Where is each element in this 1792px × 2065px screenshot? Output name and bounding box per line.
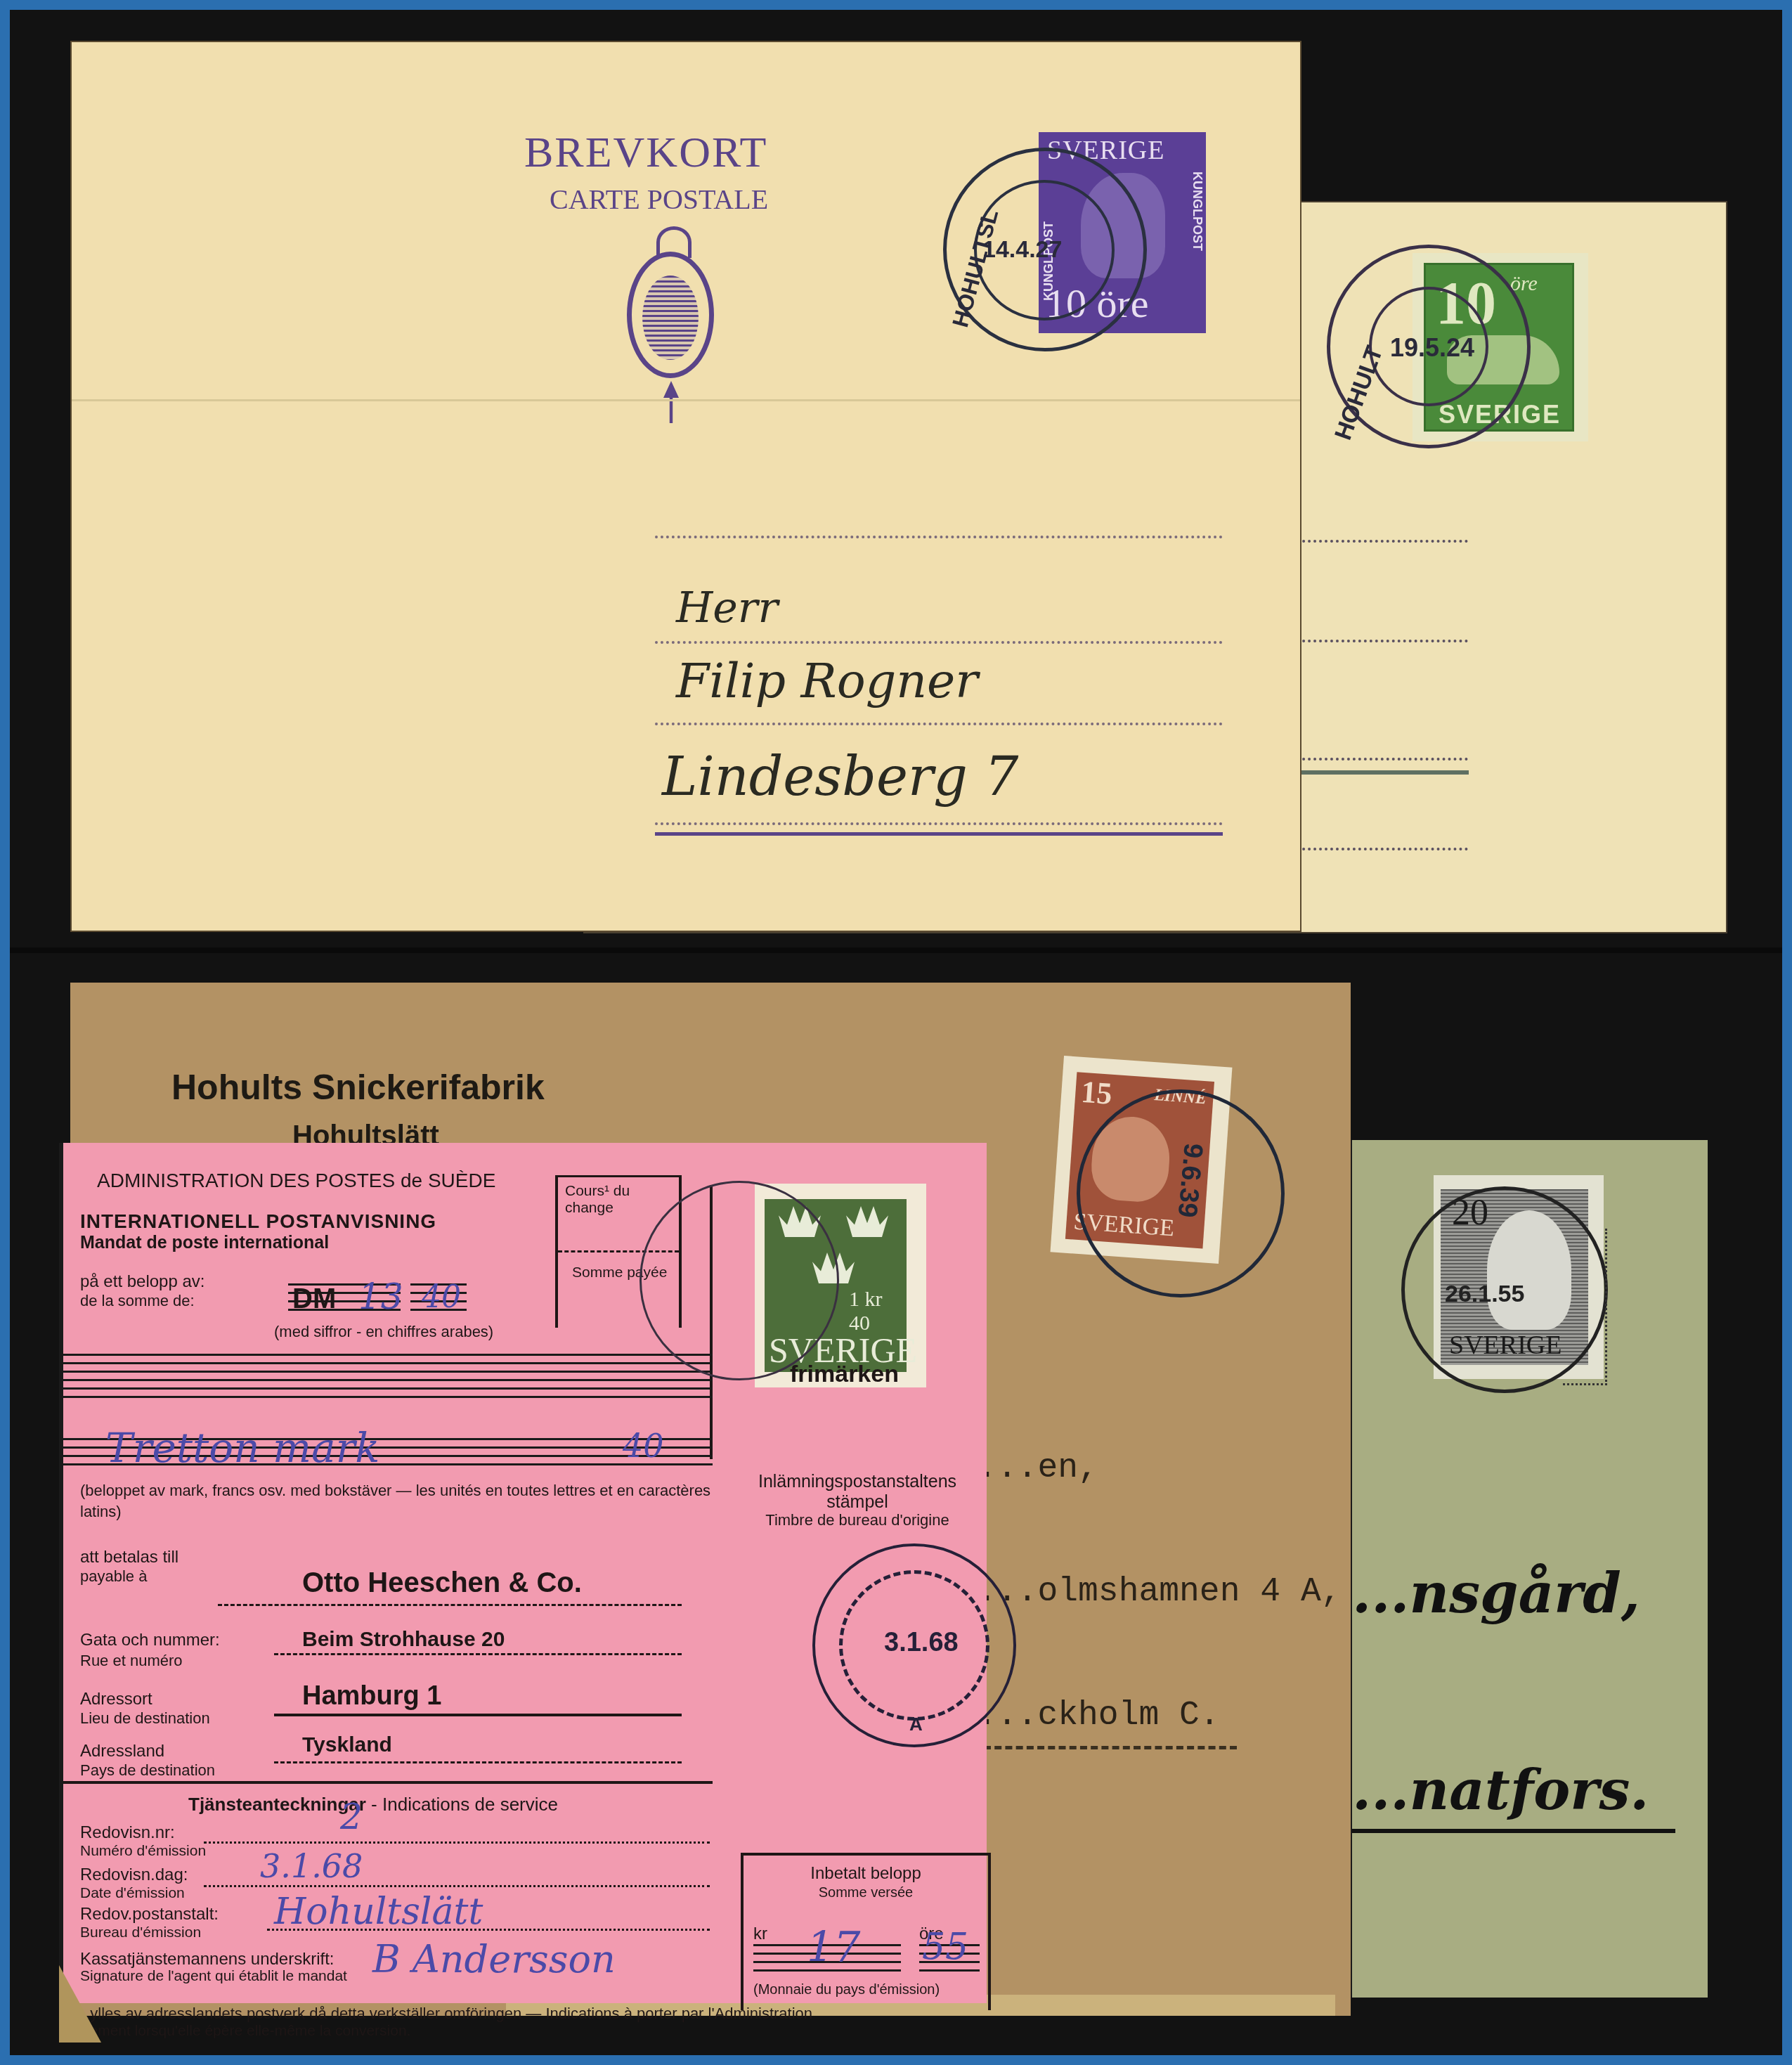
- service-row-label: Redov.postanstalt:: [80, 1905, 219, 1924]
- paid-amount-box: Inbetalt belopp Somme versée kr öre 17 5…: [741, 1853, 991, 2010]
- service-row-label: Redovisn.nr:: [80, 1823, 175, 1843]
- address-line-1: ...en,: [977, 1449, 1098, 1487]
- stamp-side-text-right: KUNGLPOST: [1190, 171, 1205, 251]
- card-green: 20 SVERIGE 26.1.55 ...nsgård, ...natfors…: [1349, 1140, 1708, 1998]
- fold-line: [72, 399, 1300, 401]
- address-dashed-rule: [984, 1746, 1237, 1749]
- footer-line-2: ...ement lorsqu'elle épère elle-même la …: [77, 2023, 410, 2040]
- service-row-label-fr: Date d'émission: [80, 1885, 185, 1902]
- money-order-form: ADMINISTRATION DES POSTES de SUÈDE INTER…: [59, 1143, 987, 2003]
- service-header-fr: Indications de service: [382, 1794, 558, 1815]
- service-row-label: Redovisn.dag:: [80, 1865, 188, 1885]
- service-header-sv: Tjänsteanteckningar: [188, 1794, 366, 1815]
- service-row-value: Hohultslätt: [274, 1891, 483, 1933]
- page-divider: [10, 947, 1782, 953]
- payee-label: att betalas till: [80, 1548, 178, 1567]
- payee-value: Otto Heeschen & Co.: [302, 1567, 582, 1599]
- service-row-label-fr: Bureau d'émission: [80, 1924, 201, 1941]
- postcard-brevkort: BREVKORT CARTE POSTALE SVERIGE KUNGLPOST…: [70, 41, 1301, 932]
- ruled-band-1: [63, 1354, 713, 1404]
- address-rule-1: [655, 641, 1223, 644]
- payee-label-fr: payable à: [80, 1567, 147, 1586]
- stamp-caption: frimärken: [790, 1361, 899, 1388]
- amount-in-words: Tretton mark: [105, 1424, 380, 1472]
- origin-postmark-letter: A: [909, 1714, 923, 1735]
- street-label-fr: Rue et numéro: [80, 1652, 183, 1670]
- paid-title: Inbetalt belopp: [744, 1864, 988, 1884]
- card-subtitle: CARTE POSTALE: [550, 183, 768, 216]
- amount-fraction: 40: [422, 1279, 461, 1315]
- envelope-sender: Hohults Snickerifabrik: [171, 1067, 545, 1108]
- street-label: Gata och nummer:: [80, 1631, 220, 1650]
- amount-hint: (med siffror - en chiffres arabes): [274, 1323, 493, 1341]
- service-row-label-fr: Numéro d'émission: [80, 1843, 206, 1860]
- address-rule-0: [655, 536, 1223, 538]
- address-underline: [655, 832, 1223, 836]
- origin-stamp-label: Inlämningspostanstaltens stämpel: [738, 1472, 977, 1513]
- city-value: Hamburg 1: [302, 1681, 441, 1711]
- amount-main: 13: [358, 1276, 403, 1317]
- paid-title-fr: Somme versée: [744, 1885, 988, 1901]
- address-rule-2: [655, 723, 1223, 725]
- country-label-fr: Pays de destination: [80, 1761, 215, 1780]
- city-label: Adressort: [80, 1690, 152, 1709]
- origin-stamp-label-fr: Timbre de bureau d'origine: [738, 1511, 977, 1529]
- address-line-2: ...olmshamnen 4 A,: [977, 1573, 1341, 1611]
- address-rule-3: [655, 822, 1223, 825]
- form-title: INTERNATIONELL POSTANVISNING: [80, 1210, 436, 1233]
- address-line-1: Herr: [676, 583, 778, 633]
- country-label: Adressland: [80, 1742, 164, 1761]
- exchange-label: Cours¹ du change: [565, 1183, 679, 1217]
- words-hint: (beloppet av mark, francs osv. med bokst…: [80, 1480, 713, 1522]
- paid-kr-label: kr: [753, 1924, 767, 1944]
- dotted-stamp-box: [1563, 1229, 1607, 1385]
- form-header: ADMINISTRATION DES POSTES de SUÈDE: [97, 1170, 495, 1192]
- address-town: Lindesberg 7: [662, 745, 1018, 808]
- form-title-fr: Mandat de poste international: [80, 1233, 329, 1253]
- amount-label-fr: de la somme de:: [80, 1292, 195, 1310]
- postmark-date: 26.1.55: [1445, 1281, 1524, 1308]
- city-label-fr: Lieu de destination: [80, 1709, 210, 1728]
- amount-words-fraction: 40: [623, 1427, 664, 1465]
- amount-label: på ett belopp av:: [80, 1272, 204, 1292]
- service-row-label: Kassatjänstemannens underskrift:: [80, 1950, 335, 1969]
- postmark-date: 19.5.24: [1390, 333, 1474, 363]
- postmark-date: 9.6.39: [1171, 1142, 1208, 1219]
- footer-line-1: ...ylles av adresslandets postverk då de…: [77, 2005, 812, 2023]
- address-line-2: ...natfors.: [1352, 1759, 1649, 1823]
- address-line-2: Filip Rogner: [676, 654, 978, 709]
- service-row-value: 2: [340, 1797, 363, 1837]
- origin-postmark-date: 3.1.68: [884, 1628, 959, 1658]
- stamp-value: 15: [1080, 1074, 1113, 1112]
- paid-ore: 55: [922, 1926, 968, 1968]
- address-line-1: ...nsgård,: [1352, 1562, 1640, 1626]
- card-title: BREVKORT: [524, 128, 767, 178]
- address-line-3: ...ckholm C.: [977, 1697, 1220, 1735]
- street-value: Beim Strohhause 20: [302, 1628, 505, 1652]
- stamp-value: 1 kr 40: [849, 1288, 907, 1335]
- service-row-value: 3.1.68: [260, 1847, 363, 1885]
- service-header: Tjänsteanteckningar - Indications de ser…: [188, 1794, 558, 1815]
- coat-of-arms-icon: [621, 226, 720, 437]
- paid-kr: 17: [807, 1923, 860, 1972]
- amount-currency: DM: [292, 1283, 336, 1315]
- address-underline: [1352, 1829, 1675, 1833]
- country-value: Tyskland: [302, 1733, 392, 1757]
- service-row-label-fr: Signature de l'agent qui établit le mand…: [80, 1968, 347, 1985]
- paid-note: (Monnaie du pays d'émission): [753, 1982, 940, 1998]
- signature: B Andersson: [372, 1937, 616, 1981]
- postmark-hohultslatt-stamp: [639, 1181, 839, 1380]
